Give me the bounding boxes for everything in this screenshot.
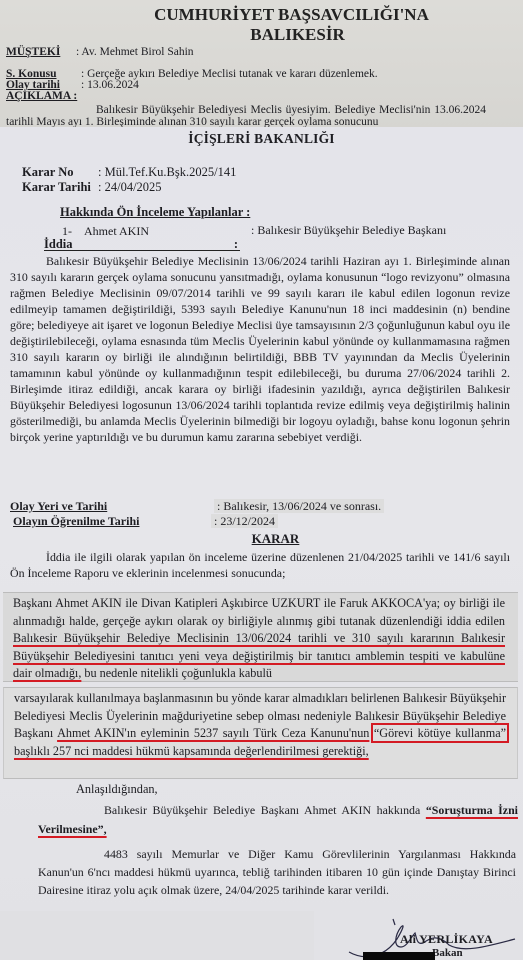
ruling-plain: Balıkesir Büyükşehir Belediye Başkanı Ah… [104,803,426,817]
excerpt-2-underlined-1: Ahmet AKIN'ın eyleminin 5237 sayılı Türk… [57,726,369,740]
allegation-text: Balıkesir Büyükşehir Belediye Meclisinin… [10,253,510,445]
blank-paper-area [0,911,314,960]
incident-place-row: Olay Yeri ve Tarihi: Balıkesir, 13/06/20… [10,499,384,514]
explanation-text: Balıkesir Büyükşehir Belediyesi Meclis ü… [6,104,486,128]
complainant-value: : Av. Mehmet Birol Sahin [76,46,194,58]
incident-place-label: Olay Yeri ve Tarihi [10,499,214,514]
incident-date-value: : 13.06.2024 [81,79,139,91]
learned-date-value: : 23/12/2024 [211,514,278,528]
excerpt-2-boxed-term: “Görevi kötüye kullanma” [374,726,506,740]
decision-date-row: Karar Tarihi: 24/04/2025 [22,180,162,195]
person-name: Ahmet AKIN [84,224,149,238]
petition-title: CUMHURİYET BAŞSAVCILIĞI'NA [30,5,523,25]
signer-name: Ali YERLİKAYA [400,932,493,947]
highlighted-excerpt-1: Başkanı Ahmet AKIN ile Divan Katipleri A… [3,592,518,682]
highlighted-excerpt-2: varsayılarak kullanılmaya başlanmasının … [3,687,518,779]
decision-number-row: Karar No: Mül.Tef.Ku.Bşk.2025/141 [22,165,236,180]
allegation-label: İddia [44,237,73,251]
decision-number-value: : Mül.Tef.Ku.Bşk.2025/141 [98,165,236,179]
learned-date-label: Olayın Öğrenilme Tarihi [13,514,211,529]
decision-intro: İddia ile ilgili olarak yapılan ön incel… [10,549,510,581]
excerpt-1-text: Başkanı Ahmet AKIN ile Divan Katipleri A… [13,595,505,683]
decision-date-value: : 24/04/2025 [98,180,162,194]
person-title: : Balıkesir Büyükşehir Belediye Başkanı [251,223,446,238]
decision-number-label: Karar No [22,165,98,180]
petition-document: CUMHURİYET BAŞSAVCILIĞI'NA BALIKESİR MÜŞ… [0,0,523,130]
ruling-text: Balıkesir Büyükşehir Belediye Başkanı Ah… [38,801,518,839]
incident-place-value: : Balıkesir, 13/06/2024 ve sonrası. [214,499,384,513]
subjects-heading: Hakkında Ön İnceleme Yapılanlar : [60,205,250,220]
decision-heading: KARAR [0,531,523,547]
signer-title: Bakan [432,947,463,959]
excerpt-1-plain: Başkanı Ahmet AKIN ile Divan Katipleri A… [13,596,505,628]
understood-text: Anlaşıldığından, [76,782,158,797]
excerpt-2-text: varsayılarak kullanılmaya başlanmasının … [14,690,506,760]
appeal-text: 4483 sayılı Memurlar ve Diğer Kamu Görev… [38,845,516,899]
allegation-heading: İddia : [44,237,240,251]
ministry-decision-document: İÇİŞLERİ BAKANLIĞI Karar No: Mül.Tef.Ku.… [0,127,523,960]
complainant-label: MÜŞTEKİ [6,46,76,58]
decision-date-label: Karar Tarihi [22,180,98,195]
petition-city: BALIKESİR [36,25,523,45]
complainant-row: MÜŞTEKİ: Av. Mehmet Birol Sahin [6,46,194,58]
explanation-label: AÇIKLAMA : [6,90,77,102]
excerpt-2-underlined-2: başlıklı 257 nci maddesi hükmü kapsamınd… [14,744,369,758]
learned-date-row: Olayın Öğrenilme Tarihi: 23/12/2024 [13,514,278,529]
ministry-title: İÇİŞLERİ BAKANLIĞI [0,131,523,147]
excerpt-1-tail: bu nedenle nitelikli çoğunlukla kabulü [81,666,272,680]
explanation-row: AÇIKLAMA : [6,90,77,102]
allegation-colon: : [234,237,238,252]
redaction-bar [363,952,435,960]
